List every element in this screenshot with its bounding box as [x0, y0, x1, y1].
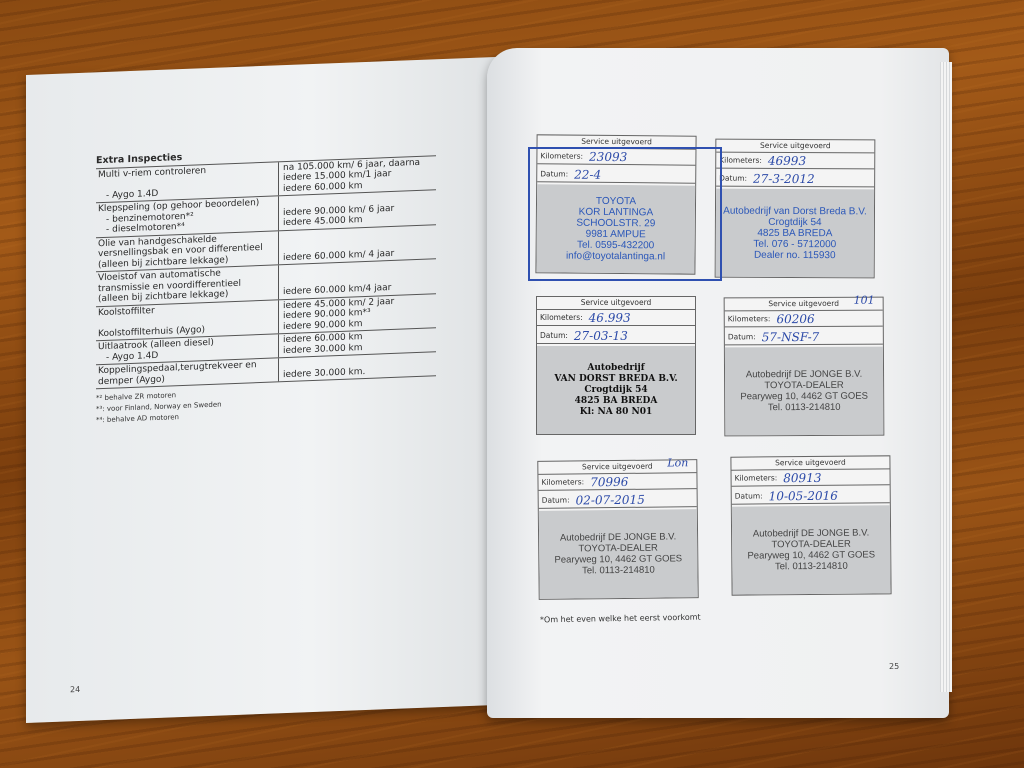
stamp-line: TOYOTA-DEALER: [771, 539, 850, 551]
service-stamp-card: Service uitgevoerd Kilometers: 80913 Dat…: [730, 455, 891, 595]
date-value: 27-03-13: [574, 329, 628, 343]
date-label: Datum:: [725, 332, 756, 341]
date-label: Datum:: [539, 496, 570, 505]
service-stamp-card: Service uitgevoerd Lon Kilometers: 70996…: [537, 459, 698, 600]
date-label: Datum:: [716, 174, 747, 183]
inspection-interval: iedere 60.000 km/ 4 jaar: [279, 225, 436, 265]
page-edges: [940, 62, 952, 692]
card-header: Service uitgevoerd: [731, 456, 889, 470]
kilometers-value: 46993: [768, 153, 806, 167]
card-header-label: Service uitgevoerd: [768, 299, 839, 308]
card-header: Service uitgevoerd Lon: [538, 460, 696, 475]
stamp-line: 9981 AMPUE: [586, 229, 646, 241]
stamp-line: 4825 BA BREDA: [575, 396, 658, 407]
inspection-item: Koolstoffilter Koolstoffilterhuis (Aygo): [96, 300, 279, 341]
stamp-line: Autobedrijf van Dorst Breda B.V.: [723, 205, 867, 217]
dealer-stamp: AutobedrijfVAN DORST BREDA B.V.Crogtdijk…: [537, 346, 695, 434]
page-number-right: 25: [889, 662, 899, 671]
date-label: Datum:: [537, 331, 568, 340]
card-header-label: Service uitgevoerd: [581, 137, 652, 147]
card-header: Service uitgevoerd: [537, 297, 695, 310]
inspection-item: Olie van handgeschakeldeversnellingsbak …: [96, 231, 279, 272]
interval-line: iedere 30.000 km.: [283, 364, 432, 380]
kilometers-field: Kilometers: 80913: [732, 469, 890, 486]
kilometers-label: Kilometers:: [537, 151, 583, 160]
stamp-line: Tel. 0595-432200: [577, 240, 654, 252]
kilometers-value: 46.993: [589, 311, 631, 325]
date-value: 02-07-2015: [576, 492, 645, 507]
stamp-line: Autobedrijf: [587, 363, 644, 374]
stamp-line: Tel. 0113-214810: [582, 565, 655, 577]
dealer-stamp: Autobedrijf van Dorst Breda B.V.Crogtdij…: [716, 189, 874, 278]
inspection-interval: na 105.000 km/ 6 jaar, daarnaiedere 15.0…: [279, 156, 436, 196]
stamp-line: Tel. 076 - 5712000: [753, 238, 836, 249]
kilometers-field: Kilometers: 46993: [716, 153, 874, 170]
kilometers-label: Kilometers:: [716, 156, 762, 165]
stamp-line: VAN DORST BREDA B.V.: [554, 374, 677, 385]
handwritten-note: Lon: [667, 457, 688, 469]
stamp-line: info@toyotalantinga.nl: [566, 251, 665, 263]
service-stamp-card: Service uitgevoerd 101 Kilometers: 60206…: [724, 297, 885, 437]
inspection-item: Multi v-riem controleren - Aygo 1.4D: [96, 162, 279, 203]
stamp-line: Autobedrijf DE JONGE B.V.: [753, 527, 869, 539]
kilometers-field: Kilometers: 23093: [537, 148, 695, 165]
inspection-item: Klepspeling (op gehoor beoordelen)- benz…: [96, 196, 279, 237]
card-header: Service uitgevoerd 101: [725, 298, 883, 312]
stamp-line: Dealer no. 115930: [754, 249, 836, 260]
date-field: Datum: 22-4: [537, 166, 695, 183]
kilometers-value: 23093: [589, 149, 627, 163]
card-header: Service uitgevoerd: [716, 140, 874, 154]
stamp-line: TOYOTA-DEALER: [578, 543, 657, 555]
stamp-line: Pearyweg 10, 4462 GT GOES: [740, 391, 868, 403]
date-field: Datum: 27-03-13: [537, 328, 695, 344]
date-label: Datum:: [732, 491, 763, 500]
date-field: Datum: 02-07-2015: [539, 491, 697, 509]
dealer-stamp: Autobedrijf DE JONGE B.V.TOYOTA-DEALERPe…: [725, 347, 883, 436]
stamp-line: Tel. 0113-214810: [768, 402, 841, 413]
kilometers-value: 60206: [776, 311, 814, 325]
kilometers-field: Kilometers: 60206: [725, 311, 883, 328]
stamp-line: Crogtdijk 54: [768, 216, 821, 227]
kilometers-label: Kilometers:: [732, 473, 778, 482]
service-stamp-card: Service uitgevoerd Kilometers: 46993 Dat…: [715, 139, 876, 279]
stamp-line: Kl: NA 80 N01: [580, 407, 652, 418]
date-value: 27-3-2012: [753, 171, 815, 185]
date-value: 57-NSF-7: [762, 329, 820, 343]
service-stamp-card: Service uitgevoerd Kilometers: 23093 Dat…: [535, 134, 696, 274]
service-stamp-card: Service uitgevoerd Kilometers: 46.993 Da…: [536, 296, 696, 435]
card-header-label: Service uitgevoerd: [582, 462, 653, 472]
kilometers-label: Kilometers:: [725, 314, 771, 323]
kilometers-label: Kilometers:: [537, 313, 583, 322]
date-field: Datum: 27-3-2012: [716, 171, 874, 188]
stamp-line: Tel. 0113-214810: [775, 561, 848, 573]
kilometers-field: Kilometers: 70996: [538, 473, 696, 491]
kilometers-value: 70996: [590, 474, 628, 488]
stamp-line: Autobedrijf DE JONGE B.V.: [746, 369, 862, 381]
card-header-label: Service uitgevoerd: [760, 141, 831, 150]
inspection-interval: iedere 60.000 km/4 jaar: [279, 259, 436, 299]
date-value: 22-4: [574, 167, 601, 181]
dealer-stamp: TOYOTAKOR LANTINGASCHOOLSTR. 299981 AMPU…: [536, 184, 695, 273]
dealer-stamp: Autobedrijf DE JONGE B.V.TOYOTA-DEALERPe…: [539, 509, 698, 599]
dealer-stamp: Autobedrijf DE JONGE B.V.TOYOTA-DEALERPe…: [732, 505, 891, 594]
extra-inspections-table: Extra Inspecties Multi v-riem controlere…: [96, 143, 436, 426]
stamp-line: Pearyweg 10, 4462 GT GOES: [747, 549, 875, 561]
stamp-line: TOYOTA: [596, 196, 636, 207]
stamp-line: KOR LANTINGA: [579, 207, 654, 219]
stamp-line: Autobedrijf DE JONGE B.V.: [560, 531, 676, 543]
date-label: Datum:: [537, 169, 568, 178]
card-header-label: Service uitgevoerd: [581, 298, 652, 307]
page-number-left: 24: [70, 685, 80, 694]
date-field: Datum: 57-NSF-7: [725, 329, 883, 346]
stamp-line: Pearyweg 10, 4462 GT GOES: [554, 553, 682, 565]
card-header: Service uitgevoerd: [537, 135, 695, 149]
card-header-label: Service uitgevoerd: [775, 458, 846, 468]
date-field: Datum: 10-05-2016: [732, 487, 890, 504]
stamp-line: SCHOOLSTR. 29: [576, 218, 655, 230]
stamp-line: 4825 BA BREDA: [757, 227, 832, 238]
stamp-line: Crogtdijk 54: [584, 385, 647, 396]
stamp-line: TOYOTA-DEALER: [764, 380, 843, 391]
inspection-interval: iedere 90.000 km/ 6 jaariedere 45.000 km: [279, 190, 436, 230]
kilometers-value: 80913: [783, 470, 821, 484]
inspection-interval: iedere 45.000 km/ 2 jaariedere 90.000 km…: [279, 294, 436, 334]
inspection-item: Vloeistof van automatischetransmissie en…: [96, 265, 279, 306]
left-page: Extra Inspecties Multi v-riem controlere…: [26, 57, 502, 723]
handwritten-note: 101: [854, 295, 875, 307]
kilometers-label: Kilometers:: [538, 477, 584, 486]
date-value: 10-05-2016: [769, 488, 838, 503]
kilometers-field: Kilometers: 46.993: [537, 310, 695, 326]
inspection-interval: iedere 30.000 km.: [279, 352, 436, 381]
